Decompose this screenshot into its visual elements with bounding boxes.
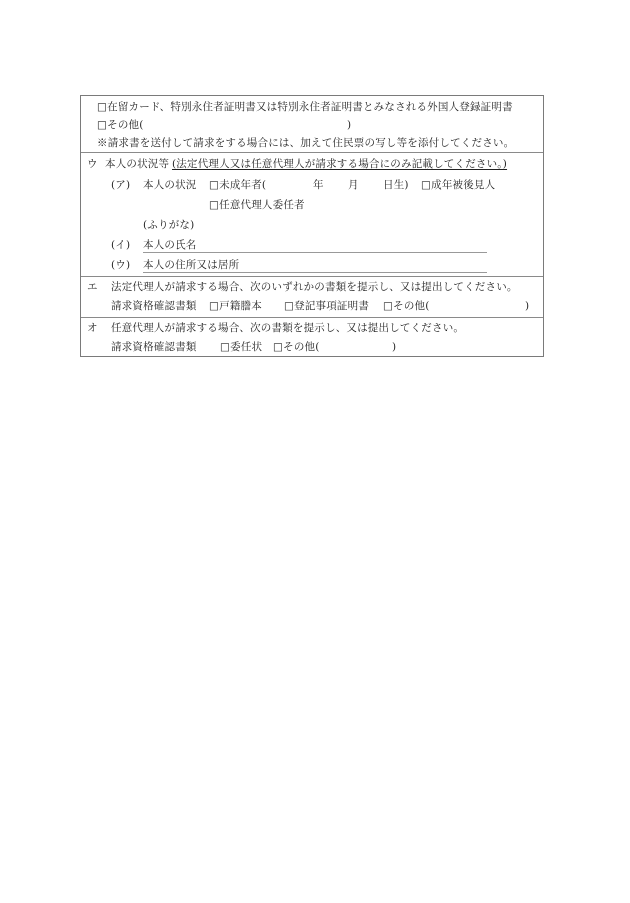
birth-year-label: 年: [313, 178, 324, 192]
section-divider: [81, 152, 543, 153]
furigana-label: (ふりがな): [143, 218, 194, 232]
principal-name-label: 本人の氏名: [143, 238, 197, 252]
birth-day-label: 日生): [383, 178, 409, 192]
principal-address-label: 本人の住所又は居所: [143, 258, 239, 272]
registry-certificate-checkbox-option[interactable]: □登記事項証明書: [284, 299, 369, 313]
section-o-other-close-paren: ): [392, 340, 396, 354]
adult-ward-checkbox-option[interactable]: □成年被後見人: [421, 178, 495, 192]
section-o-text: 任意代理人が請求する場合、次の書類を提示し、又は提出してください。: [111, 321, 464, 335]
section-o-other-checkbox-option[interactable]: □その他(: [273, 340, 320, 354]
section-e-other-checkbox-option[interactable]: □その他(: [383, 299, 430, 313]
section-e-text: 法定代理人が請求する場合、次のいずれかの書類を提示し、又は提出してください。: [111, 280, 518, 294]
birth-month-label: 月: [348, 178, 359, 192]
section-e-marker: エ: [87, 280, 98, 294]
other-id-checkbox-option[interactable]: □その他(: [97, 118, 144, 132]
section-u-marker: ウ: [87, 157, 98, 171]
principal-name-field[interactable]: [143, 252, 487, 253]
section-e-docs-label: 請求資格確認書類: [111, 299, 197, 313]
family-register-checkbox-option[interactable]: □戸籍謄本: [209, 299, 262, 313]
principal-address-field[interactable]: [143, 272, 487, 273]
item-i-marker: (イ): [111, 238, 130, 252]
section-e-other-close-paren: ): [525, 299, 529, 313]
section-u-title: 本人の状況等: [105, 157, 169, 171]
power-of-attorney-checkbox-option[interactable]: □委任状: [220, 340, 262, 354]
item-a-marker: (ア): [111, 178, 130, 192]
section-divider: [81, 317, 543, 318]
request-form-box: □在留カード、特別永住者証明書又は特別永住者証明書とみなされる外国人登録証明書 …: [80, 95, 544, 357]
section-u-note: (法定代理人又は任意代理人が請求する場合にのみ記載してください。): [172, 157, 507, 171]
mail-request-note: ※請求書を送付して請求をする場合には、加えて住民票の写し等を添付してください。: [97, 136, 514, 150]
id-card-checkbox-option[interactable]: □在留カード、特別永住者証明書又は特別永住者証明書とみなされる外国人登録証明書: [97, 100, 513, 114]
proxy-principal-checkbox-option[interactable]: □任意代理人委任者: [209, 198, 305, 212]
other-id-close-paren: ): [347, 118, 351, 132]
minor-checkbox-option[interactable]: □未成年者(: [209, 178, 266, 192]
item-u-marker: (ウ): [111, 258, 130, 272]
section-o-marker: オ: [87, 321, 98, 335]
section-divider: [81, 276, 543, 277]
item-a-label: 本人の状況: [143, 178, 197, 192]
section-o-docs-label: 請求資格確認書類: [111, 340, 197, 354]
